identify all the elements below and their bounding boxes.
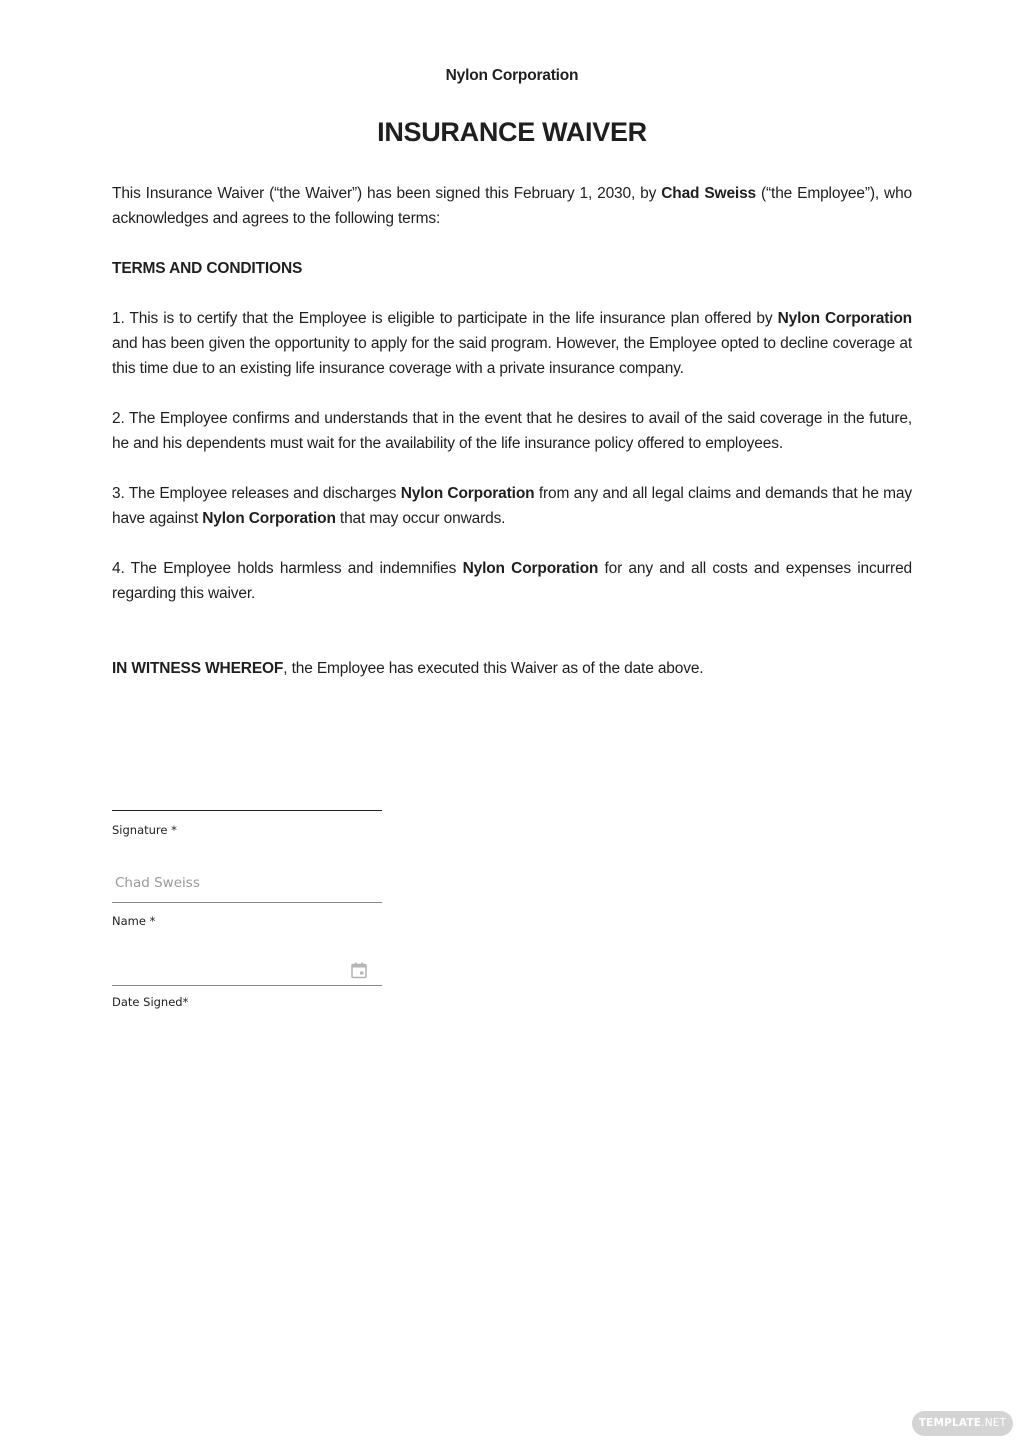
company-mention: Nylon Corporation [463, 560, 599, 577]
intro-paragraph: This Insurance Waiver (“the Waiver”) has… [112, 181, 912, 231]
term-text: 2. The Employee confirms and understands… [112, 410, 912, 452]
term-text: 4. The Employee holds harmless and indem… [112, 560, 463, 577]
company-mention: Nylon Corporation [401, 485, 535, 502]
document-title: INSURANCE WAIVER [112, 117, 912, 148]
watermark-light: .NET [981, 1417, 1006, 1429]
date-signed-input[interactable] [112, 955, 342, 985]
witness-heading: IN WITNESS WHEREOF [112, 660, 283, 677]
watermark-bold: TEMPLATE [919, 1417, 981, 1429]
signature-label: Signature * [112, 823, 177, 837]
company-mention: Nylon Corporation [778, 310, 912, 327]
term-1: 1. This is to certify that the Employee … [112, 306, 912, 381]
signature-line[interactable] [112, 810, 382, 811]
calendar-icon[interactable] [350, 961, 368, 979]
name-underline [112, 902, 382, 903]
term-3: 3. The Employee releases and discharges … [112, 481, 912, 531]
name-label: Name * [112, 914, 155, 928]
company-name: Nylon Corporation [112, 67, 912, 85]
term-2: 2. The Employee confirms and understands… [112, 406, 912, 456]
template-net-watermark[interactable]: TEMPLATE.NET [912, 1411, 1013, 1436]
term-4: 4. The Employee holds harmless and indem… [112, 556, 912, 606]
term-text: 1. This is to certify that the Employee … [112, 310, 778, 327]
term-text: that may occur onwards. [336, 510, 506, 527]
company-mention: Nylon Corporation [202, 510, 336, 527]
date-underline [112, 985, 382, 986]
intro-text-1: This Insurance Waiver (“the Waiver”) has… [112, 185, 661, 202]
witness-clause: IN WITNESS WHEREOF, the Employee has exe… [112, 656, 912, 681]
employee-name: Chad Sweiss [661, 185, 756, 202]
name-input[interactable] [112, 868, 382, 898]
date-signed-label: Date Signed* [112, 995, 188, 1009]
term-text: and has been given the opportunity to ap… [112, 335, 912, 377]
term-text: 3. The Employee releases and discharges [112, 485, 401, 502]
witness-text: , the Employee has executed this Waiver … [283, 660, 703, 677]
terms-heading: TERMS AND CONDITIONS [112, 256, 912, 281]
